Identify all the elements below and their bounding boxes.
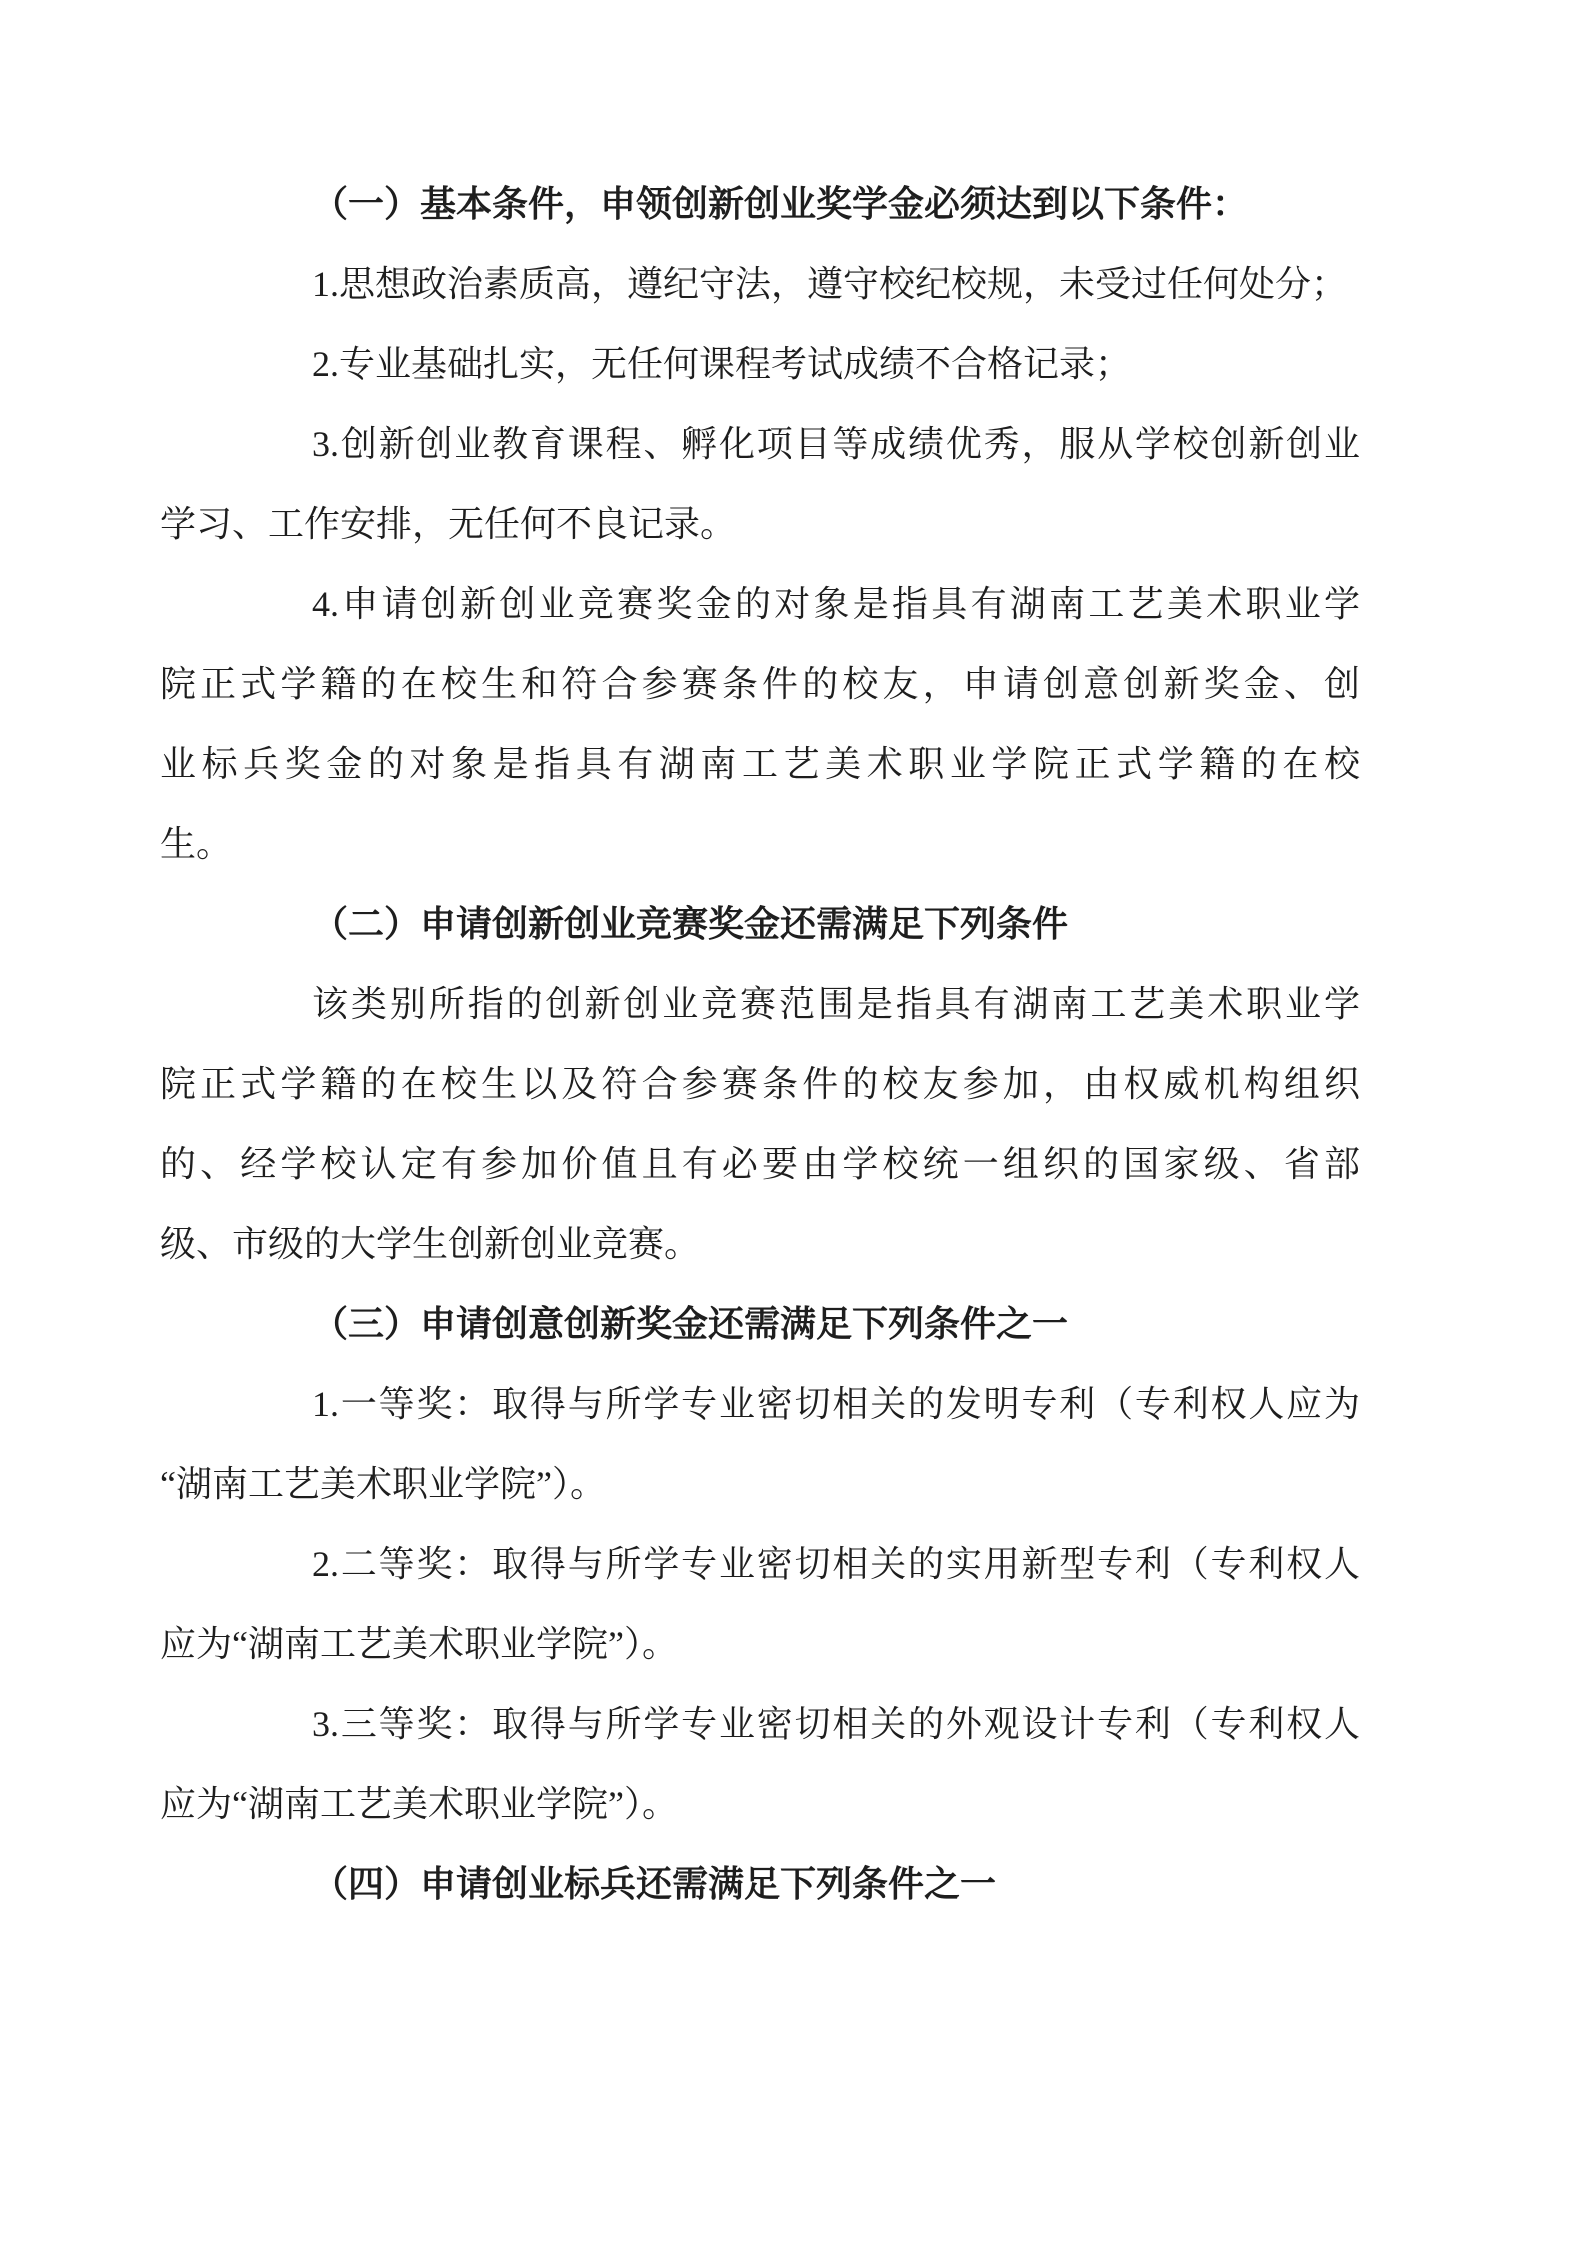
document-page: （一）基本条件，申领创新创业奖学金必须达到以下条件： 1.思想政治素质高，遵纪守… (0, 0, 1587, 2245)
body-line: 1.思想政治素质高，遵纪守法，遵守校纪校规，未受过任何处分； (160, 244, 1360, 324)
heading-competition-award-conditions: （二）申请创新创业竞赛奖金还需满足下列条件 (160, 884, 1360, 964)
body-line: 的、经学校认定有参加价值且有必要由学校统一组织的国家级、省部 (160, 1124, 1360, 1204)
body-line: 业标兵奖金的对象是指具有湖南工艺美术职业学院正式学籍的在校 (160, 724, 1360, 804)
body-line: 院正式学籍的在校生和符合参赛条件的校友，申请创意创新奖金、创 (160, 644, 1360, 724)
heading-basic-conditions: （一）基本条件，申领创新创业奖学金必须达到以下条件： (160, 164, 1360, 244)
body-line: 3.三等奖：取得与所学专业密切相关的外观设计专利（专利权人 (160, 1684, 1360, 1764)
body-line: 级、市级的大学生创新创业竞赛。 (160, 1204, 1360, 1284)
heading-creative-innovation-award-conditions: （三）申请创意创新奖金还需满足下列条件之一 (160, 1284, 1360, 1364)
body-line: 2.二等奖：取得与所学专业密切相关的实用新型专利（专利权人 (160, 1524, 1360, 1604)
body-line: 应为“湖南工艺美术职业学院”）。 (160, 1604, 1360, 1684)
body-line: 学习、工作安排，无任何不良记录。 (160, 484, 1360, 564)
body-line: 应为“湖南工艺美术职业学院”）。 (160, 1764, 1360, 1844)
body-line: 该类别所指的创新创业竞赛范围是指具有湖南工艺美术职业学 (160, 964, 1360, 1044)
body-line: 2.专业基础扎实，无任何课程考试成绩不合格记录； (160, 324, 1360, 404)
body-line: “湖南工艺美术职业学院”）。 (160, 1444, 1360, 1524)
body-line: 1.一等奖：取得与所学专业密切相关的发明专利（专利权人应为 (160, 1364, 1360, 1444)
body-line: 院正式学籍的在校生以及符合参赛条件的校友参加，由权威机构组织 (160, 1044, 1360, 1124)
body-line: 4.申请创新创业竞赛奖金的对象是指具有湖南工艺美术职业学 (160, 564, 1360, 644)
body-line: 生。 (160, 804, 1360, 884)
body-line: 3.创新创业教育课程、孵化项目等成绩优秀，服从学校创新创业 (160, 404, 1360, 484)
document-text-block: （一）基本条件，申领创新创业奖学金必须达到以下条件： 1.思想政治素质高，遵纪守… (160, 164, 1360, 1924)
heading-entrepreneurship-model-conditions: （四）申请创业标兵还需满足下列条件之一 (160, 1844, 1360, 1924)
